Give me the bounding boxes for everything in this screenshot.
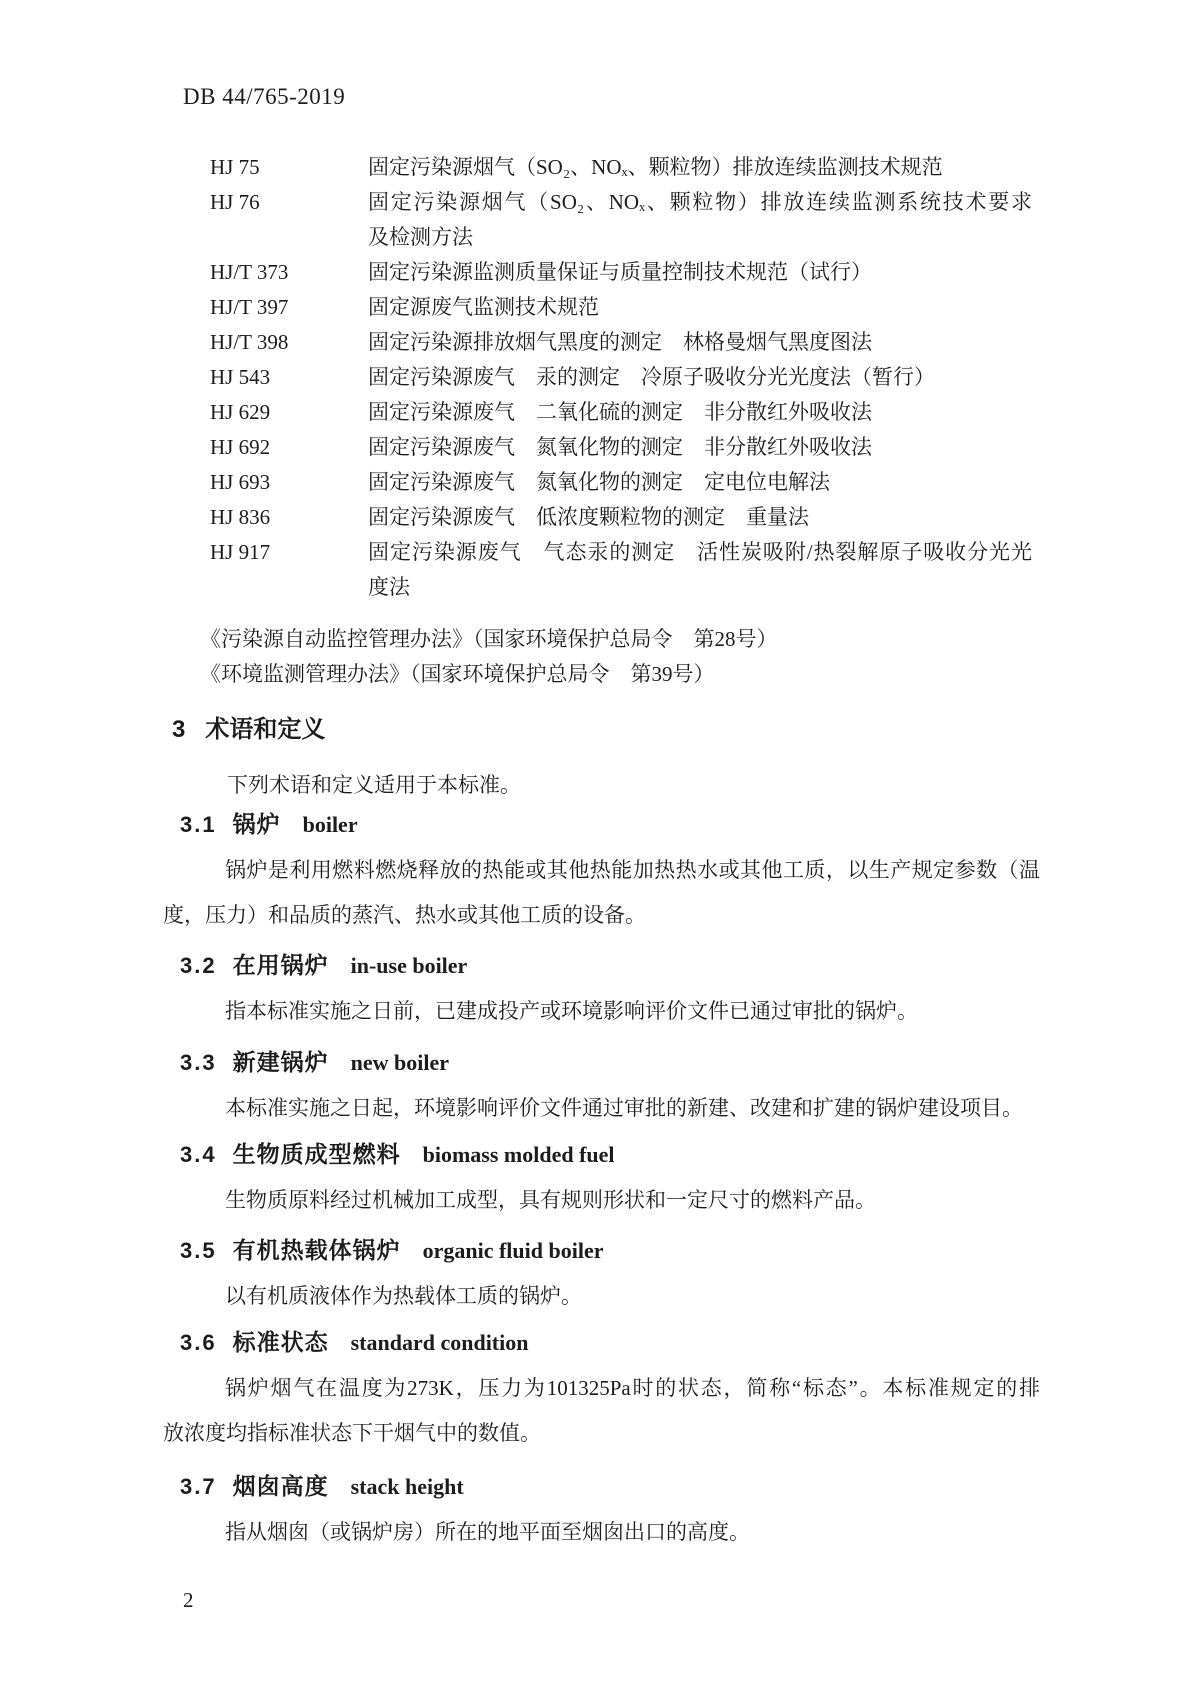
term-number: 3.1	[180, 812, 217, 837]
reference-label: HJ 75	[210, 150, 368, 185]
term-zh: 有机热载体锅炉	[233, 1237, 401, 1263]
reference-label: HJ 836	[210, 500, 368, 535]
term-definition: 指从烟囱（或锅炉房）所在的地平面至烟囱出口的高度。	[163, 1515, 1040, 1550]
term-definition-continued: 放浓度均指标准状态下干烟气中的数值。	[163, 1416, 1040, 1451]
term-heading: 3.2在用锅炉in-use boiler	[163, 948, 1040, 984]
term-3-1: 3.1锅炉boiler 锅炉是利用燃料燃烧释放的热能或其他热能加热热水或其他工质…	[163, 807, 1040, 933]
reference-text-continued: 度法	[368, 570, 1032, 605]
reference-item: HJ 836 固定污染源废气 低浓度颗粒物的测定 重量法	[210, 500, 1036, 535]
term-en: organic fluid boiler	[423, 1238, 604, 1263]
term-number: 3.3	[180, 1050, 217, 1075]
term-3-6: 3.6标准状态standard condition 锅炉烟气在温度为273K，压…	[163, 1325, 1040, 1451]
reference-label: HJ 917	[210, 535, 368, 570]
term-zh: 在用锅炉	[233, 952, 329, 978]
reference-item: HJ/T 398 固定污染源排放烟气黑度的测定 林格曼烟气黑度图法	[210, 325, 1036, 360]
section-number: 3	[172, 716, 185, 743]
section-intro: 下列术语和定义适用于本标准。	[227, 768, 521, 803]
reference-label: HJ/T 397	[210, 290, 368, 325]
reference-text: 固定污染源排放烟气黑度的测定 林格曼烟气黑度图法	[368, 325, 1032, 360]
term-zh: 锅炉	[233, 811, 281, 837]
reference-item: HJ 629 固定污染源废气 二氧化硫的测定 非分散红外吸收法	[210, 395, 1036, 430]
reference-text: 固定污染源废气 汞的测定 冷原子吸收分光光度法（暂行）	[368, 360, 1032, 395]
reference-text: 固定源废气监测技术规范	[368, 290, 1032, 325]
reference-item: HJ 543 固定污染源废气 汞的测定 冷原子吸收分光光度法（暂行）	[210, 360, 1036, 395]
document-page: DB 44/765-2019 HJ 75 固定污染源烟气（SO₂、NOₓ、颗粒物…	[0, 0, 1200, 1698]
term-heading: 3.1锅炉boiler	[163, 807, 1040, 843]
reference-label: HJ 692	[210, 430, 368, 465]
term-zh: 新建锅炉	[233, 1049, 329, 1075]
term-definition: 锅炉烟气在温度为273K，压力为101325Pa时的状态，简称“标态”。本标准规…	[163, 1371, 1040, 1406]
reference-item: HJ 917 固定污染源废气 气态汞的测定 活性炭吸附/热裂解原子吸收分光光 度…	[210, 535, 1036, 605]
term-number: 3.7	[180, 1474, 217, 1499]
regulation-item: 《污染源自动监控管理办法》（国家环境保护总局令 第28号）	[200, 622, 778, 657]
term-definition-continued: 度，压力）和品质的蒸汽、热水或其他工质的设备。	[163, 898, 1040, 933]
term-number: 3.6	[180, 1330, 217, 1355]
reference-item: HJ/T 373 固定污染源监测质量保证与质量控制技术规范（试行）	[210, 255, 1036, 290]
regulation-item: 《环境监测管理办法》（国家环境保护总局令 第39号）	[200, 657, 778, 692]
section-title: 术语和定义	[205, 716, 325, 743]
term-3-2: 3.2在用锅炉in-use boiler 指本标准实施之日前，已建成投产或环境影…	[163, 948, 1040, 1029]
reference-text: 固定污染源废气 氮氧化物的测定 非分散红外吸收法	[368, 430, 1032, 465]
reference-label: HJ 693	[210, 465, 368, 500]
term-number: 3.5	[180, 1238, 217, 1263]
reference-item: HJ 75 固定污染源烟气（SO₂、NOₓ、颗粒物）排放连续监测技术规范	[210, 150, 1036, 185]
reference-text: 固定污染源监测质量保证与质量控制技术规范（试行）	[368, 255, 1032, 290]
page-number: 2	[183, 1588, 194, 1613]
term-definition: 锅炉是利用燃料燃烧释放的热能或其他热能加热热水或其他工质，以生产规定参数（温	[163, 853, 1040, 888]
term-heading: 3.4生物质成型燃料biomass molded fuel	[163, 1137, 1040, 1173]
reference-label: HJ/T 398	[210, 325, 368, 360]
term-en: boiler	[303, 812, 358, 837]
reference-list: HJ 75 固定污染源烟气（SO₂、NOₓ、颗粒物）排放连续监测技术规范 HJ …	[210, 150, 1036, 605]
term-number: 3.4	[180, 1142, 217, 1167]
reference-text-continued: 及检测方法	[368, 220, 1032, 255]
reference-label: HJ 543	[210, 360, 368, 395]
term-definition: 生物质原料经过机械加工成型，具有规则形状和一定尺寸的燃料产品。	[163, 1183, 1040, 1218]
term-zh: 生物质成型燃料	[233, 1141, 401, 1167]
term-3-4: 3.4生物质成型燃料biomass molded fuel 生物质原料经过机械加…	[163, 1137, 1040, 1218]
term-en: in-use boiler	[351, 953, 468, 978]
term-3-5: 3.5有机热载体锅炉organic fluid boiler 以有机质液体作为热…	[163, 1233, 1040, 1314]
term-definition: 本标准实施之日起，环境影响评价文件通过审批的新建、改建和扩建的锅炉建设项目。	[163, 1091, 1040, 1126]
term-3-3: 3.3新建锅炉new boiler 本标准实施之日起，环境影响评价文件通过审批的…	[163, 1045, 1040, 1126]
term-heading: 3.6标准状态standard condition	[163, 1325, 1040, 1361]
term-en: stack height	[351, 1474, 464, 1499]
reference-label: HJ/T 373	[210, 255, 368, 290]
term-zh: 烟囱高度	[233, 1473, 329, 1499]
reference-label: HJ 76	[210, 185, 368, 220]
reference-label: HJ 629	[210, 395, 368, 430]
term-en: biomass molded fuel	[423, 1142, 615, 1167]
reference-text: 固定污染源废气 氮氧化物的测定 定电位电解法	[368, 465, 1032, 500]
reference-item: HJ 692 固定污染源废气 氮氧化物的测定 非分散红外吸收法	[210, 430, 1036, 465]
reference-item: HJ 76 固定污染源烟气（SO₂、NOₓ、颗粒物）排放连续监测系统技术要求 及…	[210, 185, 1036, 255]
regulation-list: 《污染源自动监控管理办法》（国家环境保护总局令 第28号） 《环境监测管理办法》…	[200, 622, 778, 692]
reference-item: HJ 693 固定污染源废气 氮氧化物的测定 定电位电解法	[210, 465, 1036, 500]
reference-item: HJ/T 397 固定源废气监测技术规范	[210, 290, 1036, 325]
term-3-7: 3.7烟囱高度stack height 指从烟囱（或锅炉房）所在的地平面至烟囱出…	[163, 1469, 1040, 1550]
doc-number: DB 44/765-2019	[183, 84, 345, 110]
term-zh: 标准状态	[233, 1329, 329, 1355]
reference-text: 固定污染源废气 低浓度颗粒物的测定 重量法	[368, 500, 1032, 535]
reference-text: 固定污染源废气 二氧化硫的测定 非分散红外吸收法	[368, 395, 1032, 430]
term-en: standard condition	[351, 1330, 529, 1355]
term-heading: 3.5有机热载体锅炉organic fluid boiler	[163, 1233, 1040, 1269]
term-definition: 以有机质液体作为热载体工质的锅炉。	[163, 1279, 1040, 1314]
reference-text: 固定污染源烟气（SO₂、NOₓ、颗粒物）排放连续监测系统技术要求	[368, 185, 1032, 220]
reference-text: 固定污染源烟气（SO₂、NOₓ、颗粒物）排放连续监测技术规范	[368, 150, 1032, 185]
term-heading: 3.7烟囱高度stack height	[163, 1469, 1040, 1505]
reference-text: 固定污染源废气 气态汞的测定 活性炭吸附/热裂解原子吸收分光光	[368, 535, 1032, 570]
term-number: 3.2	[180, 953, 217, 978]
term-heading: 3.3新建锅炉new boiler	[163, 1045, 1040, 1081]
section-heading: 3术语和定义	[172, 712, 325, 747]
term-en: new boiler	[351, 1050, 449, 1075]
term-definition: 指本标准实施之日前，已建成投产或环境影响评价文件已通过审批的锅炉。	[163, 994, 1040, 1029]
